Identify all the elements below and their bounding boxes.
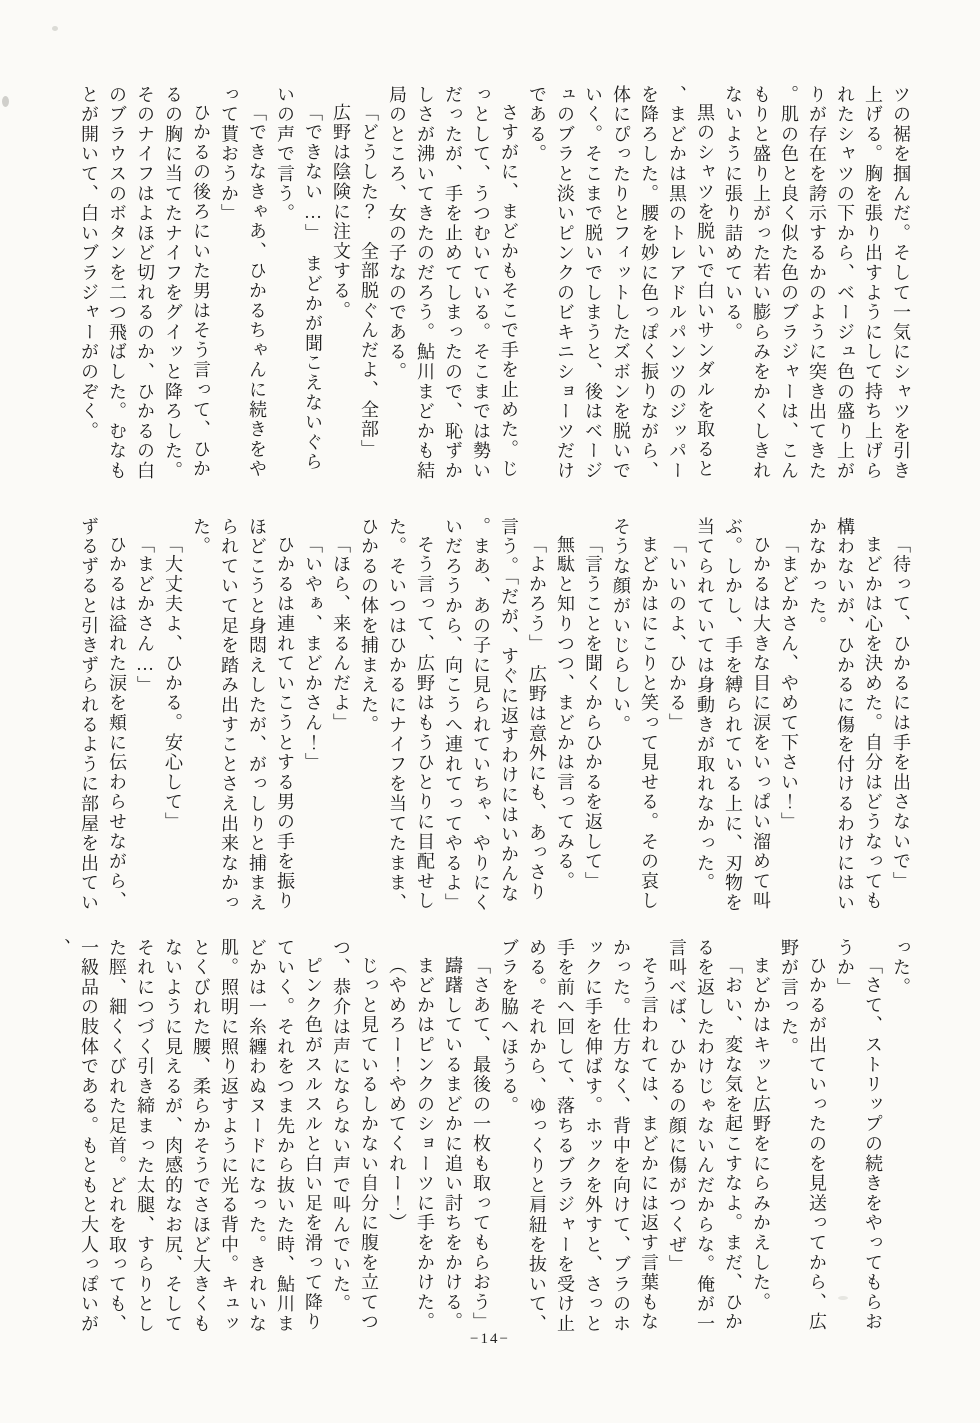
- paragraph: 広野は陰険に注文する。: [327, 85, 355, 483]
- paragraph: ひかるは大きな目に涙をいっぱい溜めて叫ぶ。しかし、手を縛られている上に、刃物を当…: [691, 517, 775, 915]
- paragraph: 「まどかさん、やめて下さい！」: [775, 517, 803, 915]
- paragraph: 黒のシャツを脱いで白いサンダルを取ると、まどかは黒のトレアドルパンツのジッパーを…: [523, 85, 719, 483]
- paragraph: 「おい、変な気を起こすなよ。まだ、ひかるを返したわけじゃないんだからな。俺が一言…: [663, 938, 747, 1336]
- paragraph: 「大丈夫よ、ひかる。安心して」: [159, 517, 187, 915]
- paragraph: そう言われては、まどかには返す言葉もなかった。仕方なく、背中を向けて、ブラのホッ…: [495, 938, 663, 1336]
- paragraph: ひかるの後ろにいた男はそう言って、ひかるの胸に当てたナイフをグイッと降ろした。そ…: [75, 85, 215, 483]
- paragraph: ひかるが出ていったのを見送ってから、広野が言った。: [775, 938, 831, 1336]
- scan-artifact: [52, 26, 58, 31]
- page-number: −14−: [0, 1331, 980, 1348]
- scan-artifact: [2, 96, 9, 107]
- paragraph: 「できない…」 まどかが聞こえないぐらいの声で言う。: [271, 85, 327, 483]
- paragraph: 「できなきゃあ、ひかるちゃんに続きをやって貰おうか」: [215, 85, 271, 483]
- paragraph: まどかはピンクのショーツに手をかけた。: [411, 938, 439, 1336]
- document-page: ツの裾を掴んだ。そして一気にシャツを引き上げる。胸を張り出すようにして持ち上げら…: [0, 0, 980, 1423]
- paragraph: 「いやぁ、まどかさん！」: [299, 517, 327, 915]
- paragraph: ツの裾を掴んだ。そして一気にシャツを引き上げる。胸を張り出すようにして持ち上げら…: [719, 85, 915, 483]
- paragraph: 「さて、ストリップの続きをやってもらおうか」: [831, 938, 887, 1336]
- text-block-bottom: った。「さて、ストリップの続きをやってもらおうか」ひかるが出ていったのを見送って…: [74, 938, 915, 1336]
- paragraph: 「どうした？ 全部脱ぐんだよ、全部」: [355, 85, 383, 483]
- paragraph: 「待って、ひかるには手を出さないで」: [887, 517, 915, 915]
- paragraph: まどかは心を決めた。自分はどうなっても構わないが、ひかるに傷を付けるわけにはいか…: [803, 517, 887, 915]
- paragraph: 「ほら、来るんだよ」: [327, 517, 355, 915]
- paragraph: ひかるは溢れた涙を頬に伝わらせながら、ずるずると引きずられるように部屋を出てい: [75, 517, 131, 915]
- paragraph: 「言うことを聞くからひかるを返して」: [579, 517, 607, 915]
- paragraph: った。: [887, 938, 915, 1336]
- paragraph: 「さあて、最後の一枚も取ってもらおう」: [467, 938, 495, 1336]
- paragraph: 「まどかさん…」: [131, 517, 159, 915]
- text-block-top: ツの裾を掴んだ。そして一気にシャツを引き上げる。胸を張り出すようにして持ち上げら…: [74, 85, 915, 483]
- paragraph: じっと見ているしかない自分に腹を立てつつ、恭介は声にならない声で叫んでいた。: [327, 938, 383, 1336]
- paragraph: （やめろー！やめてくれー！）: [383, 938, 411, 1336]
- text-block-middle: 「待って、ひかるには手を出さないで」まどかは心を決めた。自分はどうなっても構わな…: [74, 517, 915, 915]
- paragraph: さすがに、まどかもそこで手を止めた。じっとして、うつむいている。そこまでは勢いだ…: [383, 85, 523, 483]
- paragraph: 「よかろう」 広野は意外にも、あっさり言う。「だが、すぐに返すわけにはいかんな。…: [439, 517, 551, 915]
- paragraph: 無駄と知りつつ、まどかは言ってみる。: [551, 517, 579, 915]
- paragraph: まどかはにこりと笑って見せる。その哀しそうな顔がいじらしい。: [607, 517, 663, 915]
- paragraph: 躊躇しているまどかに追い討ちをかける。: [439, 938, 467, 1336]
- paragraph: ひかるは連れていこうとする男の手を振りほどこうと身悶えしたが、がっしりと捕まえら…: [187, 517, 299, 915]
- paragraph: ピンク色がスルスルと白い足を滑って降りていく。それをつま先から抜いた時、鮎川まど…: [47, 938, 327, 1336]
- paragraph: そう言って、広野はもうひとりに目配せした。そいつはひかるにナイフを当てたまま、ひ…: [355, 517, 439, 915]
- paragraph: 「いいのよ、ひかる」: [663, 517, 691, 915]
- paragraph: まどかはキッと広野をにらみかえした。: [747, 938, 775, 1336]
